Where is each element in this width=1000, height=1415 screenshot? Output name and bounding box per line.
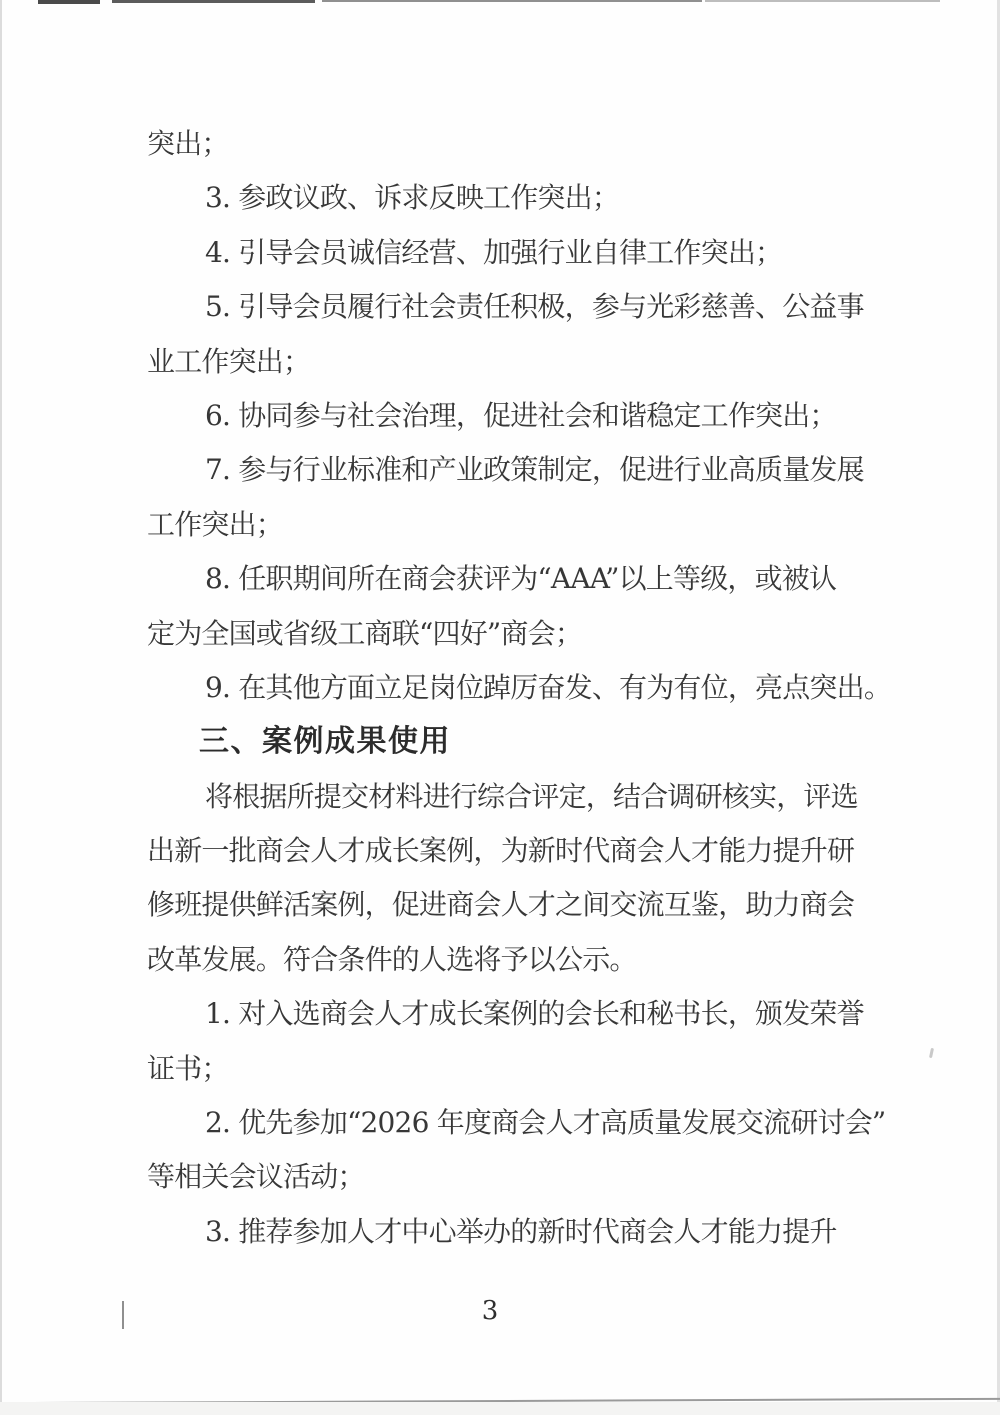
list-item-6: 6. 协同参与社会治理，促进社会和谐稳定工作突出；: [147, 389, 863, 443]
scanned-document-page: 突出； 3. 参政议政、诉求反映工作突出； 4. 引导会员诚信经营、加强行业自律…: [0, 0, 1000, 1415]
section-heading: 三、案例成果使用: [147, 715, 863, 769]
scan-artifact-bottom-strip: [0, 1402, 1000, 1415]
list-item-5: 5. 引导会员履行社会责任积极，参与光彩慈善、公益事: [147, 280, 863, 334]
list-item-7: 7. 参与行业标准和产业政策制定，促进行业高质量发展: [147, 443, 863, 497]
list-item-8: 8. 任职期间所在商会获评为“AAA”以上等级，或被认: [147, 552, 863, 606]
paragraph-line: 将根据所提交材料进行综合评定，结合调研核实，评选: [147, 770, 863, 824]
scan-artifact-smudge: [929, 1048, 934, 1058]
scan-artifact-top: [322, 0, 702, 2]
text-line-continuation: 改革发展。符合条件的人选将予以公示。: [147, 933, 863, 987]
document-text-block: 突出； 3. 参政议政、诉求反映工作突出； 4. 引导会员诚信经营、加强行业自律…: [147, 117, 863, 1259]
scan-edge-left: [0, 0, 2, 1415]
text-line-continuation: 出新一批商会人才成长案例，为新时代商会人才能力提升研: [147, 824, 863, 878]
text-line-continuation: 修班提供鲜活案例，促进商会人才之间交流互鉴，助力商会: [147, 878, 863, 932]
list-item-4: 4. 引导会员诚信经营、加强行业自律工作突出；: [147, 226, 863, 280]
page-number: 3: [0, 1296, 980, 1326]
scan-artifact-top: [112, 0, 315, 3]
list-item-3b: 3. 推荐参加人才中心举办的新时代商会人才能力提升: [147, 1205, 863, 1259]
text-line-continuation: 定为全国或省级工商联“四好”商会；: [147, 607, 863, 661]
text-line-continuation: 突出；: [147, 117, 863, 171]
scan-artifact-top: [705, 0, 940, 2]
list-item-3: 3. 参政议政、诉求反映工作突出；: [147, 171, 863, 225]
text-line-continuation: 证书；: [147, 1042, 863, 1096]
text-line-continuation: 等相关会议活动；: [147, 1150, 863, 1204]
scan-artifact-top: [38, 0, 100, 4]
list-item-1: 1. 对入选商会人才成长案例的会长和秘书长，颁发荣誉: [147, 987, 863, 1041]
text-line-continuation: 工作突出；: [147, 498, 863, 552]
list-item-9: 9. 在其他方面立足岗位踔厉奋发、有为有位，亮点突出。: [147, 661, 863, 715]
text-line-continuation: 业工作突出；: [147, 335, 863, 389]
list-item-2: 2. 优先参加“2026 年度商会人才高质量发展交流研讨会”: [147, 1096, 863, 1150]
